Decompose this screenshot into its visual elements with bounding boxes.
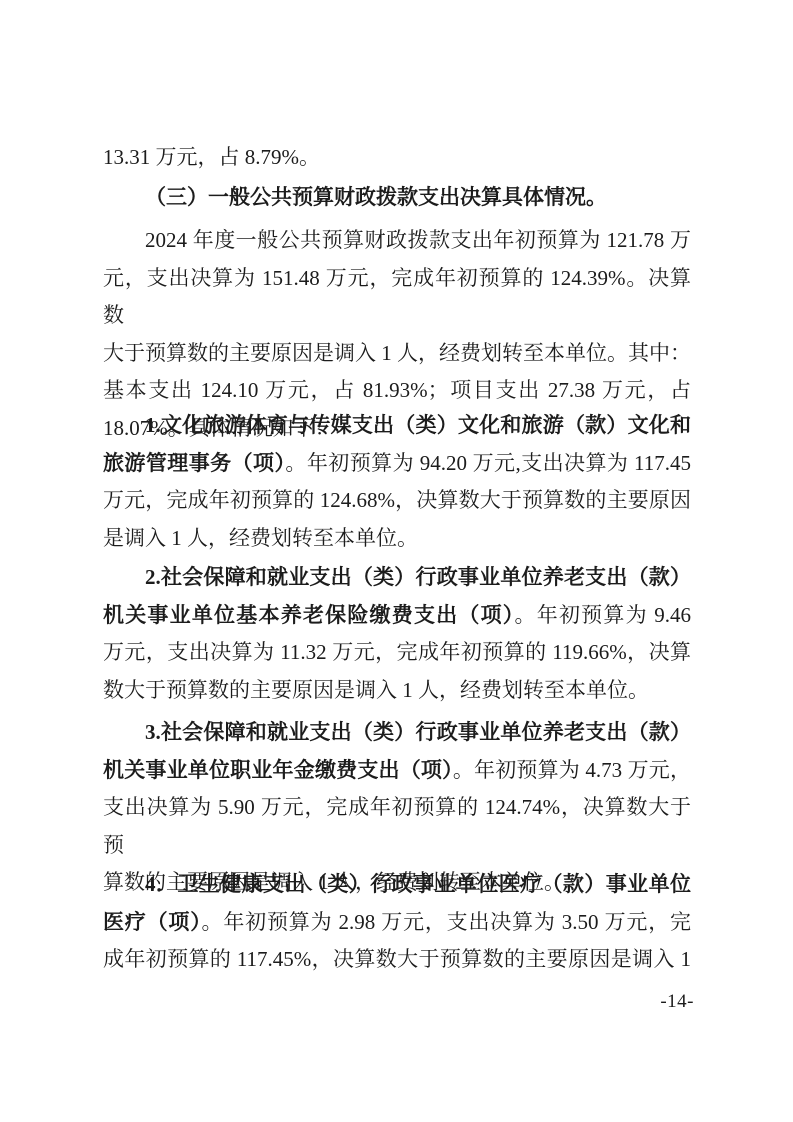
item-heading-run: 3.社会保障和就业支出（类）行政事业单位养老支出（款） [145,720,691,744]
text-line: 3.社会保障和就业支出（类）行政事业单位养老支出（款） [103,714,691,752]
text-line: 万元，支出决算为 11.32 万元，完成年初预算的 119.66%，决算 [103,634,691,672]
text-run: 成年初预算的 117.45%，决算数大于预算数的主要原因是调入 1 [103,947,691,971]
text-line: 成年初预算的 117.45%，决算数大于预算数的主要原因是调入 1 [103,941,691,979]
section-heading: （三）一般公共预算财政拨款支出决算具体情况。 [103,179,691,217]
paragraph-item-1: 1.文化旅游体育与传媒支出（类）文化和旅游（款）文化和 旅游管理事务（项）。年初… [103,407,691,557]
document-page: 13.31 万元，占 8.79%。 （三）一般公共预算财政拨款支出决算具体情况。… [0,0,793,1122]
text-run: 2024 年度一般公共预算财政拨款支出年初预算为 121.78 万 [145,228,691,252]
text-run: 。年初预算为 94.20 万元,支出决算为 117.45 [285,451,691,475]
heading-run: （三）一般公共预算财政拨款支出决算具体情况。 [145,185,607,209]
text-run: 。年初预算为 2.98 万元，支出决算为 3.50 万元，完 [202,910,691,934]
text-line: 大于预算数的主要原因是调入 1 人，经费划转至本单位。其中： [103,335,691,373]
paragraph-continuation: 13.31 万元，占 8.79%。 [103,139,691,177]
text-run: 大于预算数的主要原因是调入 1 人，经费划转至本单位。其中： [103,341,691,365]
text-line: 2024 年度一般公共预算财政拨款支出年初预算为 121.78 万 [103,222,691,260]
text-line: 2.社会保障和就业支出（类）行政事业单位养老支出（款） [103,559,691,597]
item-heading-run: 2.社会保障和就业支出（类）行政事业单位养老支出（款） [145,565,691,589]
text-line: 旅游管理事务（项）。年初预算为 94.20 万元,支出决算为 117.45 [103,445,691,483]
text-run: 。年初预算为 9.46 [515,603,691,627]
text-run: 。年初预算为 4.73 万元， [453,758,691,782]
text-run: 基本支出 124.10 万元，占 81.93%；项目支出 27.38 万元，占 [103,378,691,402]
text-run: 13.31 万元，占 8.79%。 [103,145,320,169]
item-heading-run: 旅游管理事务（项） [103,451,285,475]
paragraph-item-4: 4．卫生健康支出（类）行政事业单位医疗（款）事业单位 医疗（项）。年初预算为 2… [103,866,691,979]
text-line: 4．卫生健康支出（类）行政事业单位医疗（款）事业单位 [103,866,691,904]
text-line: （三）一般公共预算财政拨款支出决算具体情况。 [103,179,691,217]
page-number: -14- [660,991,694,1013]
text-run: 万元，支出决算为 11.32 万元，完成年初预算的 119.66%，决算 [103,640,691,664]
text-run: 支出决算为 5.90 万元，完成年初预算的 124.74%，决算数大于预 [103,795,691,857]
item-heading-run: 医疗（项） [103,910,202,934]
paragraph-item-2: 2.社会保障和就业支出（类）行政事业单位养老支出（款） 机关事业单位基本养老保险… [103,559,691,709]
text-run: 是调入 1 人，经费划转至本单位。 [103,526,418,550]
text-line: 元，支出决算为 151.48 万元，完成年初预算的 124.39%。决算数 [103,260,691,335]
item-heading-run: 机关事业单位基本养老保险缴费支出（项） [103,603,515,627]
item-heading-run: 机关事业单位职业年金缴费支出（项） [103,758,453,782]
text-line: 机关事业单位职业年金缴费支出（项）。年初预算为 4.73 万元， [103,752,691,790]
text-line: 13.31 万元，占 8.79%。 [103,139,691,177]
text-line: 1.文化旅游体育与传媒支出（类）文化和旅游（款）文化和 [103,407,691,445]
text-line: 医疗（项）。年初预算为 2.98 万元，支出决算为 3.50 万元，完 [103,904,691,942]
text-line: 支出决算为 5.90 万元，完成年初预算的 124.74%，决算数大于预 [103,789,691,864]
text-run: 元，支出决算为 151.48 万元，完成年初预算的 124.39%。决算数 [103,266,691,328]
text-line: 基本支出 124.10 万元，占 81.93%；项目支出 27.38 万元，占 [103,372,691,410]
text-line: 是调入 1 人，经费划转至本单位。 [103,520,691,558]
item-heading-run: 4．卫生健康支出（类）行政事业单位医疗（款）事业单位 [145,872,691,896]
item-heading-run: 1.文化旅游体育与传媒支出（类）文化和旅游（款）文化和 [145,413,691,437]
text-line: 机关事业单位基本养老保险缴费支出（项）。年初预算为 9.46 [103,597,691,635]
text-run: 万元，完成年初预算的 124.68%，决算数大于预算数的主要原因 [103,488,691,512]
text-line: 万元，完成年初预算的 124.68%，决算数大于预算数的主要原因 [103,482,691,520]
text-run: 数大于预算数的主要原因是调入 1 人，经费划转至本单位。 [103,678,649,702]
text-line: 数大于预算数的主要原因是调入 1 人，经费划转至本单位。 [103,672,691,710]
